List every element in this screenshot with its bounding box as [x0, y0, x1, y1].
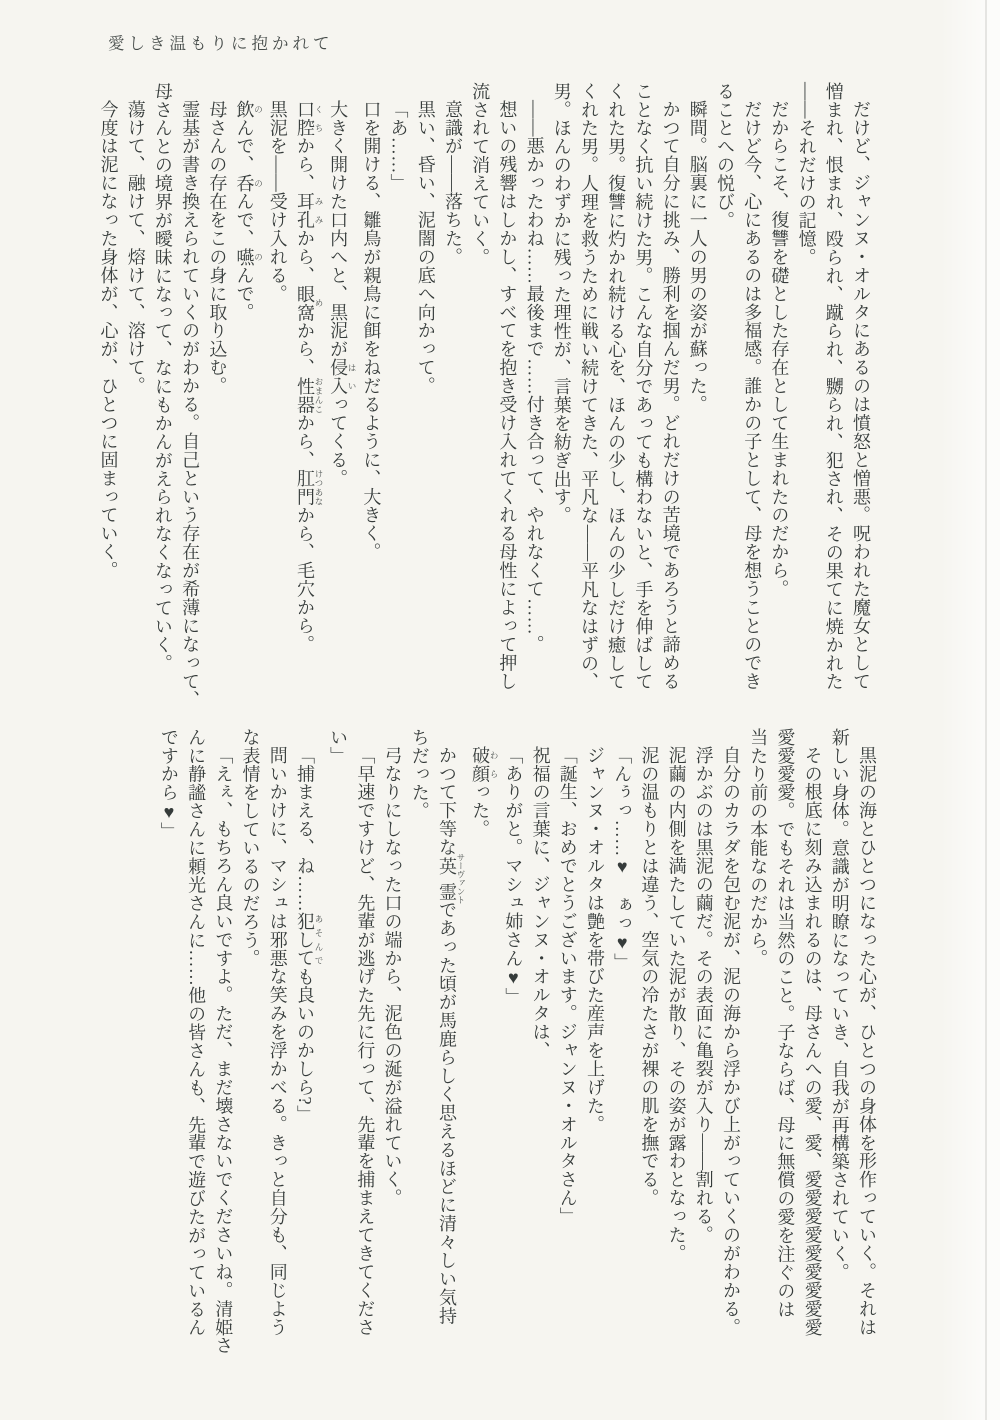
text-column: 破顔わらった。: [466, 728, 499, 1388]
text-column: 愛愛愛愛。でもそれは当然のこと。子ならば、母に無償の愛を注ぐのは: [771, 728, 798, 1388]
furigana-ruby: 犯してあそんで: [295, 912, 315, 967]
text-column: 霊基が書き換えられていくのがわかる。自己という存在が希薄になって、: [176, 82, 203, 730]
text-column: 浮かぶのは黒泥の繭だ。その表面に亀裂が入り――割れる。: [690, 728, 717, 1388]
text-column: 流されて消えていく。: [466, 82, 493, 730]
text-column: 口腔くちから、耳孔みみから、眼窩めから、性器おまんこから、肛門けつあなから、毛穴…: [291, 82, 324, 730]
text-column: 想いの残響はしかし、すべてを抱き受け入れてくれる母性によって押し: [493, 82, 520, 730]
text-column: 「早速ですけど、先輩が逃げた先に行って、先輩を捕まえてきてくださ: [351, 728, 378, 1388]
text-column: 黒泥の海とひとつになった心が、ひとつの身体を形作っていく。それは: [853, 728, 880, 1388]
furigana-ruby: 眼窩め: [295, 285, 315, 322]
text-column: 泥の温もりとは違う、空気の冷たさが裸の肌を撫でる。: [635, 728, 662, 1388]
text-column: 黒泥を――受け入れる。: [264, 82, 291, 730]
text-column: かつて自分に挑み、勝利を掴んだ男。どれだけの苦境であろうと諦める: [656, 82, 683, 730]
text-column: 母さんの存在をこの身に取り込む。: [203, 82, 230, 730]
text-column: ――悪かったわね……最後まで……付き合って、やれなくて……。: [520, 82, 547, 730]
text-column: ですから♥」: [155, 728, 182, 1388]
furigana-ruby: 耳孔みみ: [295, 192, 315, 229]
text-column: な表情をしているのだろう。: [236, 728, 263, 1388]
text-column: ることへの悦び。: [711, 82, 738, 730]
furigana-ruby: 飲の: [235, 100, 255, 118]
text-column: 意識が――落ちた。: [439, 82, 466, 730]
text-column: 黒い、昏い、泥闇の底へ向かって。: [412, 82, 439, 730]
text-column: 当たり前の本能なのだから。: [744, 728, 771, 1388]
text-column: その根底に刻み込まれるのは、母さんへの愛、愛、愛愛愛愛愛愛愛愛愛: [798, 728, 825, 1388]
furigana-ruby: 肛門けつあな: [295, 469, 315, 506]
text-column: 問いかけに、マシュは邪悪な笑みを浮かべる。きっと自分も、同じよう: [264, 728, 291, 1388]
text-column: 「あ……」: [384, 82, 411, 730]
text-column: くれた男。人理を救うために戦い続けてきた、平凡な――平凡なはずの、: [575, 82, 602, 730]
text-column: ジャンヌ・オルタは艶を帯びた産声を上げた。: [581, 728, 608, 1388]
text-column: 口を開ける、雛鳥が親鳥に餌をねだるように、大きく。: [357, 82, 384, 730]
text-column: 蕩けて、融けて、熔けて、溶けて。: [122, 82, 149, 730]
text-column: かつて下等な英霊サーヴァントであった頃が馬鹿らしく思えるほどに清々しい気持: [433, 728, 466, 1388]
text-column: くれた男。復讐に灼かれ続ける心を、ほんの少し、ほんの少しだけ癒して: [602, 82, 629, 730]
furigana-ruby: 口腔くち: [295, 100, 315, 137]
text-column: 憎まれ、恨まれ、殴られ、蹴られ、嬲られ、犯され、その果てに焼かれた: [820, 82, 847, 730]
text-column: 弓なりにしなった口の端から、泥色の涎が溢れていく。: [378, 728, 405, 1388]
text-column: だからこそ、復讐を礎とした存在として生まれたのだから。: [765, 82, 792, 730]
text-column: い」: [324, 728, 351, 1388]
text-column: 母さんとの境界が曖昧になって、なにもかんがえられなくなっていく。: [149, 82, 176, 730]
text-column: ちだった。: [406, 728, 433, 1388]
text-column: ことなく抗い続けた男。こんな自分であっても構わないと、手を伸ばして: [629, 82, 656, 730]
page-title: 愛しき温もりに抱かれて: [108, 30, 334, 54]
furigana-ruby: 呑の: [235, 174, 255, 192]
text-column: 祝福の言葉に、ジャンヌ・オルタは、: [526, 728, 553, 1388]
furigana-ruby: 侵入はい: [328, 358, 348, 395]
text-column: 飲のんで、呑のんで、嚥のんで。: [230, 82, 263, 730]
furigana-ruby: 性器おまんこ: [295, 377, 315, 414]
text-column: 大きく開けた口内へと、黒泥が侵入はいってくる。: [324, 82, 357, 730]
text-column: 自分のカラダを包む泥が、泥の海から浮かび上がっていくのがわかる。: [717, 728, 744, 1388]
text-block-top: だけど、ジャンヌ・オルタにあるのは憤怒と憎悪。呪われた魔女として憎まれ、恨まれ、…: [94, 82, 874, 730]
page: 愛しき温もりに抱かれて だけど、ジャンヌ・オルタにあるのは憤怒と憎悪。呪われた魔…: [0, 0, 1000, 1420]
text-column: 「捕まえる、ね……犯してあそんでも良いのかしら?」: [291, 728, 324, 1388]
text-column: 「えぇ、もちろん良いですよ。ただ、まだ壊さないでくださいね。清姫さ: [209, 728, 236, 1388]
text-column: ――それだけの記憶。: [792, 82, 819, 730]
furigana-ruby: 英霊サーヴァント: [437, 857, 457, 901]
text-column: んに静謐さんに頼光さんに……他の皆さんも、先輩で遊びたがっているん: [182, 728, 209, 1388]
furigana-ruby: 嚥の: [235, 248, 255, 266]
text-column: 泥繭の内側を満たしていた泥が散り、その姿が露わとなった。: [662, 728, 689, 1388]
furigana-ruby: 破顔わら: [470, 746, 490, 783]
text-column: 新しい身体。意識が明瞭になっていき、自我が再構築されていく。: [826, 728, 853, 1388]
text-column: 「ありがと。マシュ姉さん♥」: [499, 728, 526, 1388]
text-column: 今度は泥になった身体が、心が、ひとつに固まっていく。: [94, 82, 121, 730]
text-column: 「誕生、おめでとうございます。ジャンヌ・オルタさん」: [554, 728, 581, 1388]
text-block-bottom: 黒泥の海とひとつになった心が、ひとつの身体を形作っていく。それは新しい身体。意識…: [155, 728, 880, 1388]
text-column: 瞬間。脳裏に一人の男の姿が蘇った。: [684, 82, 711, 730]
text-column: だけど今、心にあるのは多福感。誰かの子として、母を想うことのでき: [738, 82, 765, 730]
text-column: 男。ほんのわずかに残った理性が、言葉を紡ぎ出す。: [548, 82, 575, 730]
text-column: だけど、ジャンヌ・オルタにあるのは憤怒と憎悪。呪われた魔女として: [847, 82, 874, 730]
page-edge-shadow: [985, 0, 987, 1420]
text-column: 「んぅっ……♥ ぁっ♥」: [608, 728, 635, 1388]
